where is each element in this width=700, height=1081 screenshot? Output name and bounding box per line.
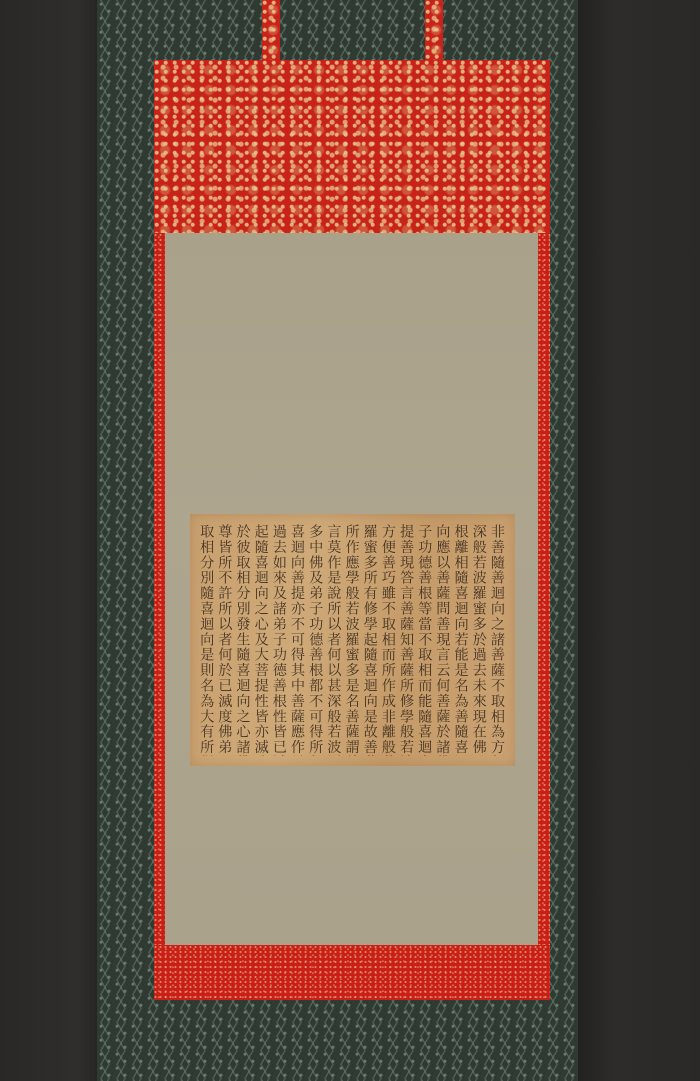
sutra-column: 深般若波羅蜜多於過去未來現在佛及弟子 bbox=[471, 524, 489, 756]
sutra-column: 羅蜜多所有修學起隨喜迴向是故善薩欲成 bbox=[362, 524, 380, 756]
sutra-column: 取相分別隨喜迴向是則名為大有所得 bbox=[198, 524, 216, 756]
sutra-column: 子功德善根等當不取相而能隨喜迴向善 bbox=[416, 524, 434, 756]
sutra-column: 向應以善薩問善現言云何善薩於諸佛及弟 bbox=[434, 524, 452, 756]
sutra-text-columns: 非善隨善迴向之諸善薩不取相為方便行 深般若波羅蜜多於過去未來現在佛及弟子 根離相… bbox=[198, 524, 507, 756]
sutra-column: 起隨喜迴向之心及大菩提性皆亦滅我若 bbox=[253, 524, 271, 756]
sutra-column: 於彼取相分別發生隨喜迴向之心諸佛世 bbox=[234, 524, 252, 756]
sutra-column: 方便善巧雖不取相而所作成非離般若波 bbox=[380, 524, 398, 756]
sutra-column: 喜迴向善提亦不可得其中善薩應作是觀 bbox=[289, 524, 307, 756]
sutra-column: 提善現答言善薩知善薩所修學般若波羅蜜多 bbox=[398, 524, 416, 756]
sutra-column: 多中佛及弟子功德善根都不可得所起隨 bbox=[307, 524, 325, 756]
sutra-paper-fragment: 非善隨善迴向之諸善薩不取相為方便行 深般若波羅蜜多於過去未來現在佛及弟子 根離相… bbox=[190, 514, 515, 766]
hanging-strap-left bbox=[262, 0, 280, 62]
sutra-column: 所作應學般若波羅蜜多是名善薩謂善現 bbox=[343, 524, 361, 756]
wall-background-left bbox=[0, 0, 97, 1081]
sutra-column: 尊皆所不許所以者何於已滅度佛弟子善 bbox=[216, 524, 234, 756]
bottom-red-band bbox=[154, 945, 550, 1000]
top-brocade-panel bbox=[154, 60, 550, 233]
left-red-border bbox=[154, 233, 165, 945]
sutra-column: 根離相隨喜迴向若能是名為善隨喜迴 bbox=[452, 524, 470, 756]
wall-background-right bbox=[578, 0, 700, 1081]
right-red-border bbox=[538, 233, 550, 945]
sutra-column: 非善隨善迴向之諸善薩不取相為方便行 bbox=[489, 524, 507, 756]
sutra-column: 過去如來及諸弟子功德善根性皆已滅 bbox=[271, 524, 289, 756]
sutra-column: 言莫作是說所以者何以甚深般若波羅蜜 bbox=[325, 524, 343, 756]
hanging-strap-right bbox=[425, 0, 443, 62]
